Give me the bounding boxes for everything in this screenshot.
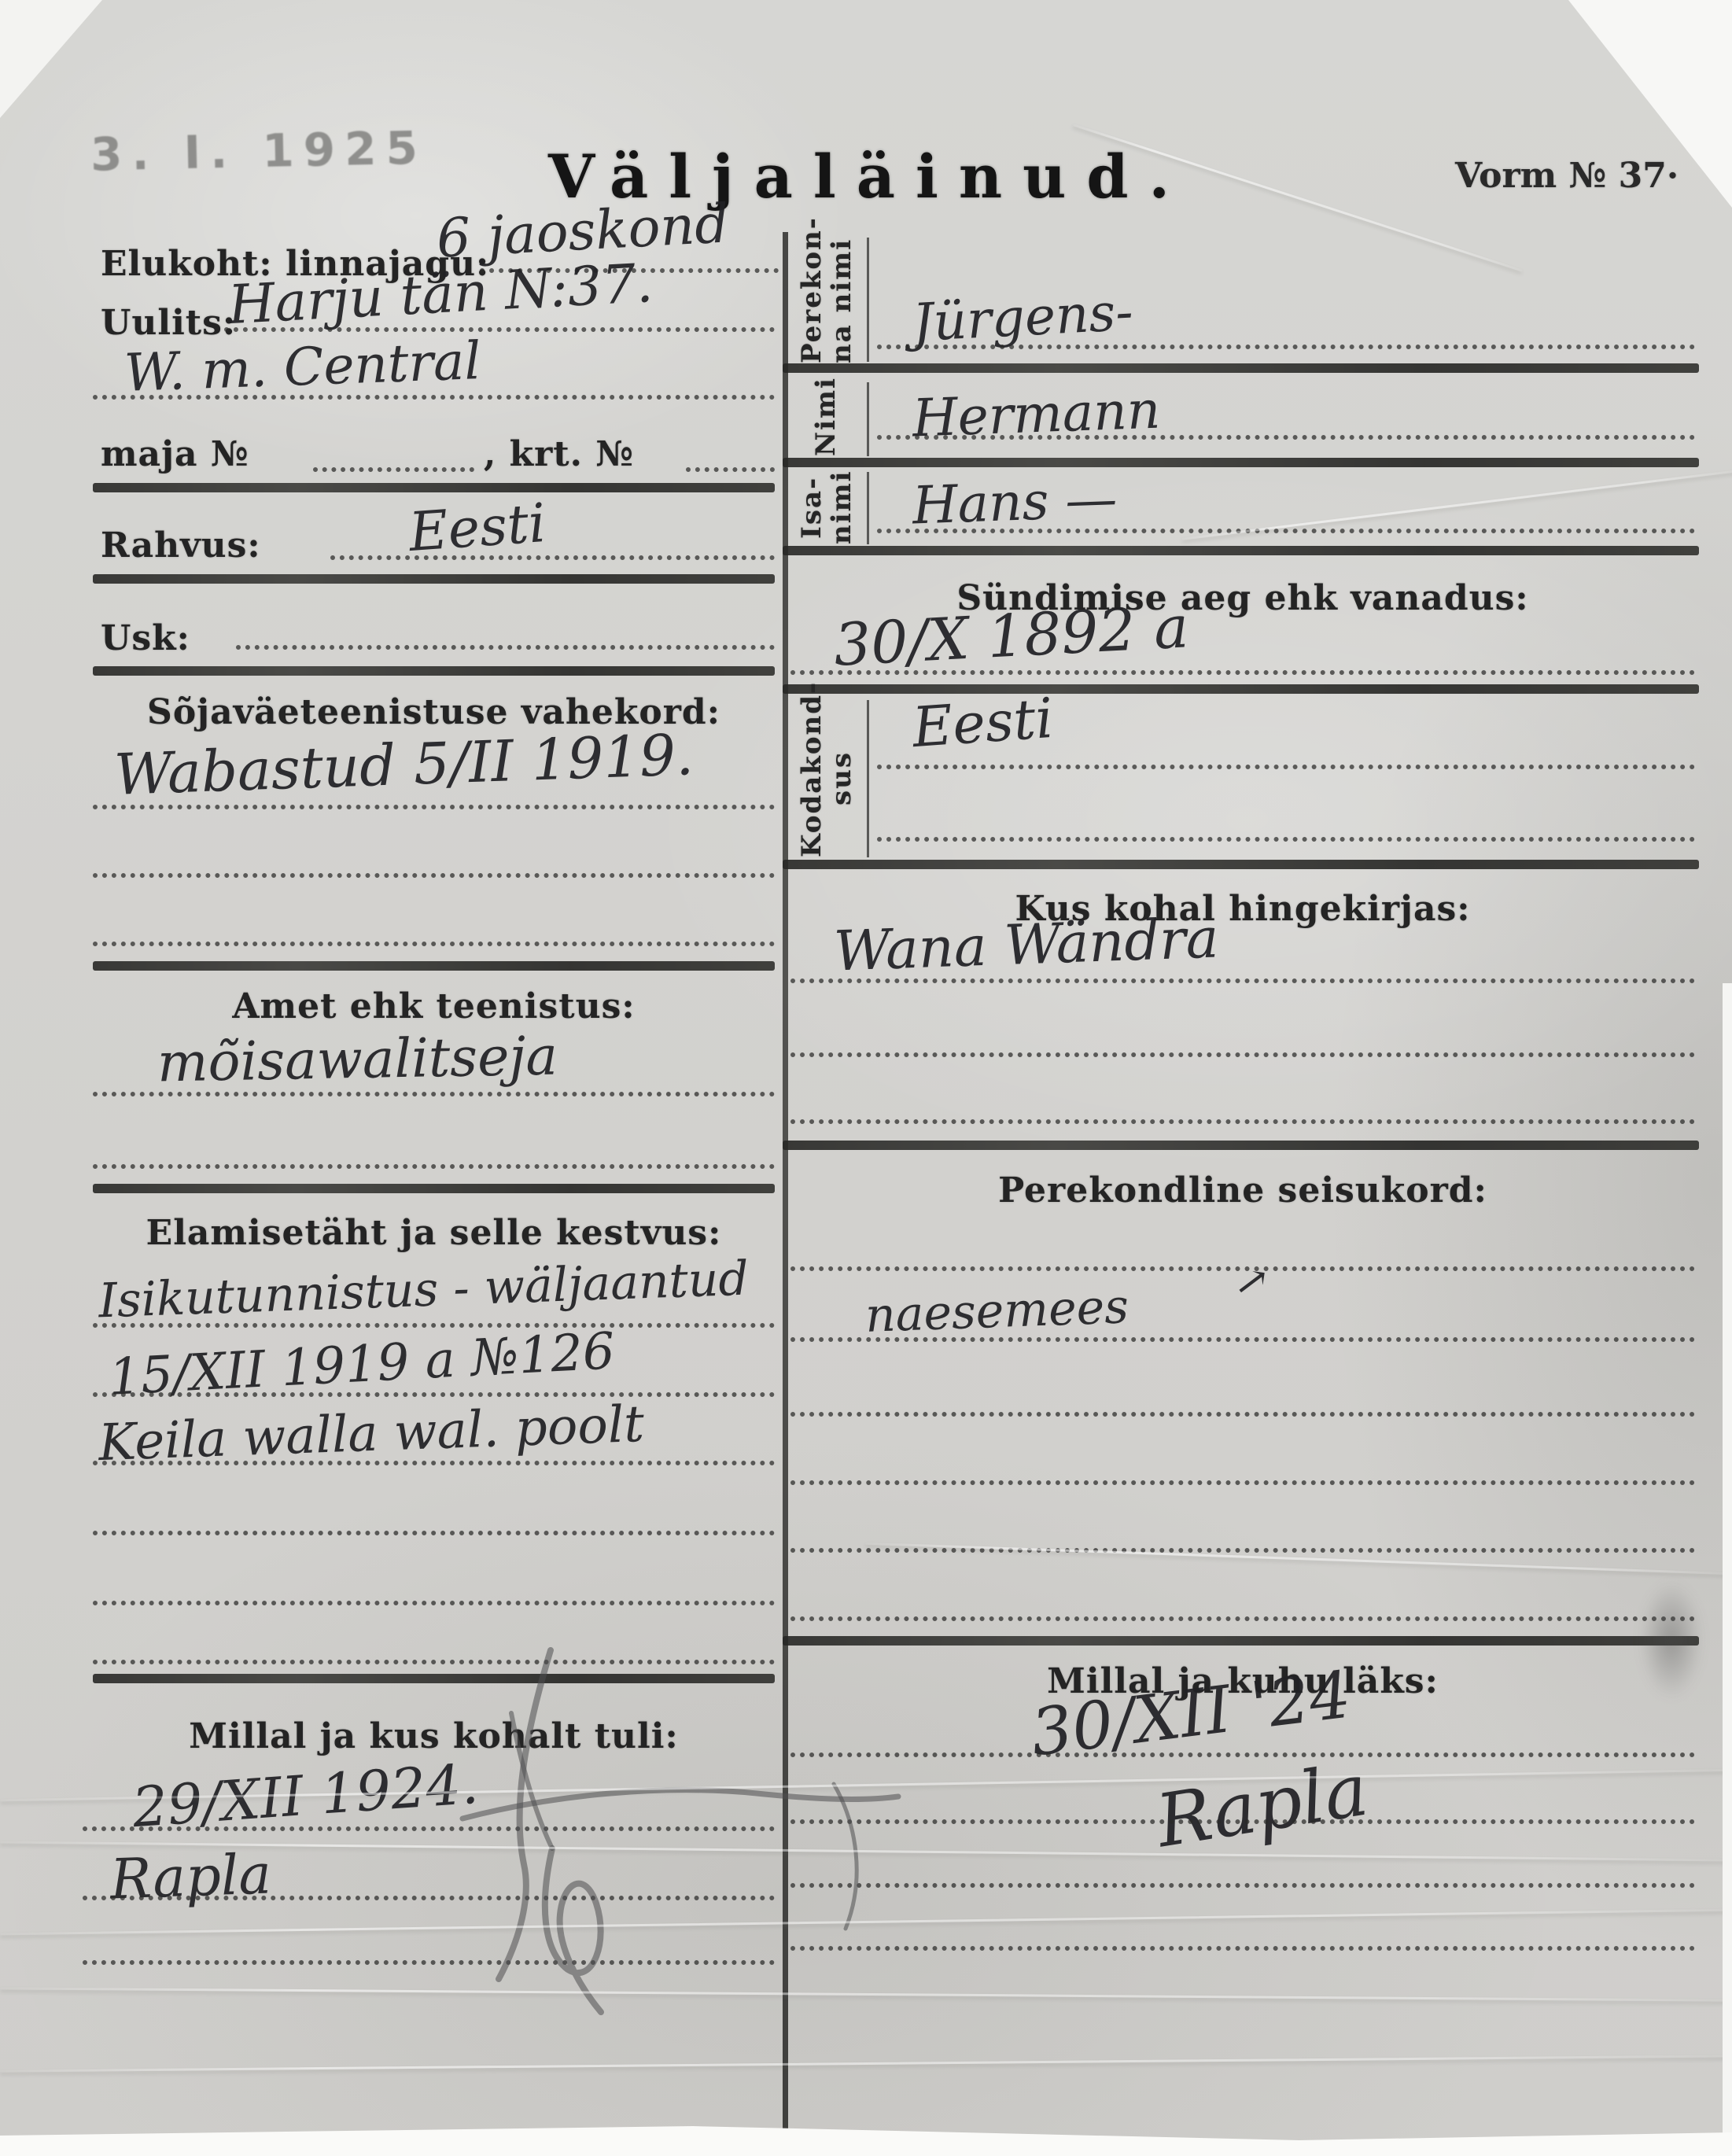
perekonnanimi-label-line1: Perekon-	[796, 238, 827, 363]
dotted-line	[790, 1548, 1695, 1553]
dotted-line	[83, 1826, 775, 1831]
dotted-line	[790, 1480, 1695, 1485]
section-rule	[93, 1674, 775, 1683]
rahvus-label: Rahvus:	[101, 525, 261, 566]
uulits-value2-handwritten: W. m. Central	[123, 330, 482, 404]
section-rule	[93, 666, 775, 676]
dotted-line	[93, 1461, 775, 1465]
perekonnanimi-value-handwritten: Jürgens-	[911, 282, 1134, 354]
dotted-line	[93, 873, 775, 878]
paper-crease	[0, 1987, 1732, 2001]
dotted-line	[93, 1392, 775, 1397]
dotted-line	[93, 1323, 775, 1328]
paper-crease	[865, 1542, 1730, 1575]
section-rule	[93, 961, 775, 971]
krt-label: , krt. №	[484, 434, 634, 474]
section-rule	[783, 363, 1699, 373]
dotted-line	[790, 1337, 1695, 1342]
laks-value2-handwritten: Rapla	[1151, 1748, 1373, 1864]
kodakondsus-label-line2: sus	[826, 698, 857, 857]
section-rule	[93, 483, 775, 492]
dotted-line	[313, 467, 474, 472]
elamisetaht-label: Elamisetäht ja selle kestvus:	[93, 1213, 775, 1253]
kodakondsus-label-line1: Kodakond-	[796, 698, 827, 857]
perekonnanimi-label-line2: na nimi	[826, 238, 857, 363]
isanimi-label-line1: Isa-	[796, 470, 827, 544]
tuli-label: Millal ja kus kohalt tuli:	[93, 1716, 775, 1756]
dotted-line	[93, 805, 775, 809]
dotted-line	[93, 1164, 775, 1169]
dotted-line	[877, 837, 1695, 842]
date-stamp: 3. I. 1925	[90, 121, 427, 182]
dotted-line	[790, 1883, 1695, 1888]
dotted-line	[790, 1412, 1695, 1417]
dotted-line	[790, 670, 1695, 675]
dotted-line	[224, 327, 775, 332]
amet-label: Amet ehk teenistus:	[93, 986, 775, 1026]
dotted-line	[790, 1819, 1695, 1824]
section-rule	[93, 574, 775, 584]
torn-edge-right	[1723, 983, 1732, 2156]
dotted-line	[93, 942, 775, 946]
dotted-line	[790, 1946, 1695, 1951]
dotted-line	[236, 645, 775, 650]
torn-edge-bottom	[0, 2125, 1732, 2156]
seisukord-insert-arrow: ↗	[1232, 1256, 1273, 1307]
section-rule	[783, 860, 1699, 869]
elamisetaht-value1-handwritten: Isikutunnistus - wäljaantud	[98, 1251, 750, 1329]
dotted-line	[877, 765, 1695, 769]
label-separator	[867, 472, 869, 544]
section-rule	[783, 684, 1699, 694]
label-separator	[867, 382, 869, 456]
dotted-line	[790, 978, 1695, 983]
seisukord-value-handwritten: naesemees	[864, 1279, 1129, 1343]
pencil-smudge	[1640, 1581, 1703, 1699]
maja-label: maja №	[101, 434, 249, 474]
dotted-line	[83, 1896, 775, 1900]
label-separator	[867, 238, 869, 362]
paper-crease	[0, 1909, 1732, 1936]
section-rule	[783, 1141, 1699, 1150]
dotted-line	[93, 1660, 775, 1664]
dotted-line	[877, 435, 1695, 440]
dotted-line	[790, 1119, 1695, 1124]
hingekiri-value-handwritten: Wana Wändra	[833, 905, 1220, 983]
isanimi-value-handwritten: Hans —	[912, 468, 1118, 536]
nimi-label: Nimi	[810, 381, 842, 456]
dotted-line	[93, 1531, 775, 1535]
section-rule	[783, 546, 1699, 555]
rahvus-value-handwritten: Eesti	[407, 492, 547, 564]
section-rule	[93, 1184, 775, 1193]
dotted-line	[83, 1960, 775, 1965]
dotted-line	[93, 1601, 775, 1605]
amet-value-handwritten: mõisawalitseja	[157, 1026, 558, 1095]
torn-corner-top-right	[1527, 0, 1732, 236]
scanned-registration-card: 3. I. 1925 Väljaläinud. Vorm № 37· Eluko…	[0, 0, 1732, 2156]
label-separator	[867, 700, 869, 857]
dotted-line	[686, 467, 775, 472]
form-number: Vorm № 37·	[1455, 156, 1679, 196]
torn-corner-top-left	[0, 0, 102, 118]
usk-label: Usk:	[101, 618, 190, 658]
tuli-value2-handwritten: Rapla	[109, 1841, 273, 1911]
dotted-line	[330, 555, 775, 560]
dotted-line	[790, 1752, 1695, 1757]
dotted-line	[93, 1092, 775, 1096]
section-rule	[783, 458, 1699, 467]
section-rule	[783, 1636, 1699, 1646]
sojavaeteenistus-value-handwritten: Wabastud 5/II 1919.	[113, 721, 695, 808]
dotted-line	[877, 529, 1695, 533]
uulits-label: Uulits:	[101, 303, 236, 343]
seisukord-label: Perekondline seisukord:	[790, 1170, 1695, 1211]
kodakondsus-value-handwritten: Eesti	[910, 686, 1055, 760]
dotted-line	[790, 1052, 1695, 1057]
isanimi-label-line2: nimi	[826, 470, 857, 544]
paper-crease	[0, 2055, 1732, 2072]
dotted-line	[790, 1616, 1695, 1621]
dotted-line	[877, 345, 1695, 349]
dotted-line	[93, 395, 775, 400]
